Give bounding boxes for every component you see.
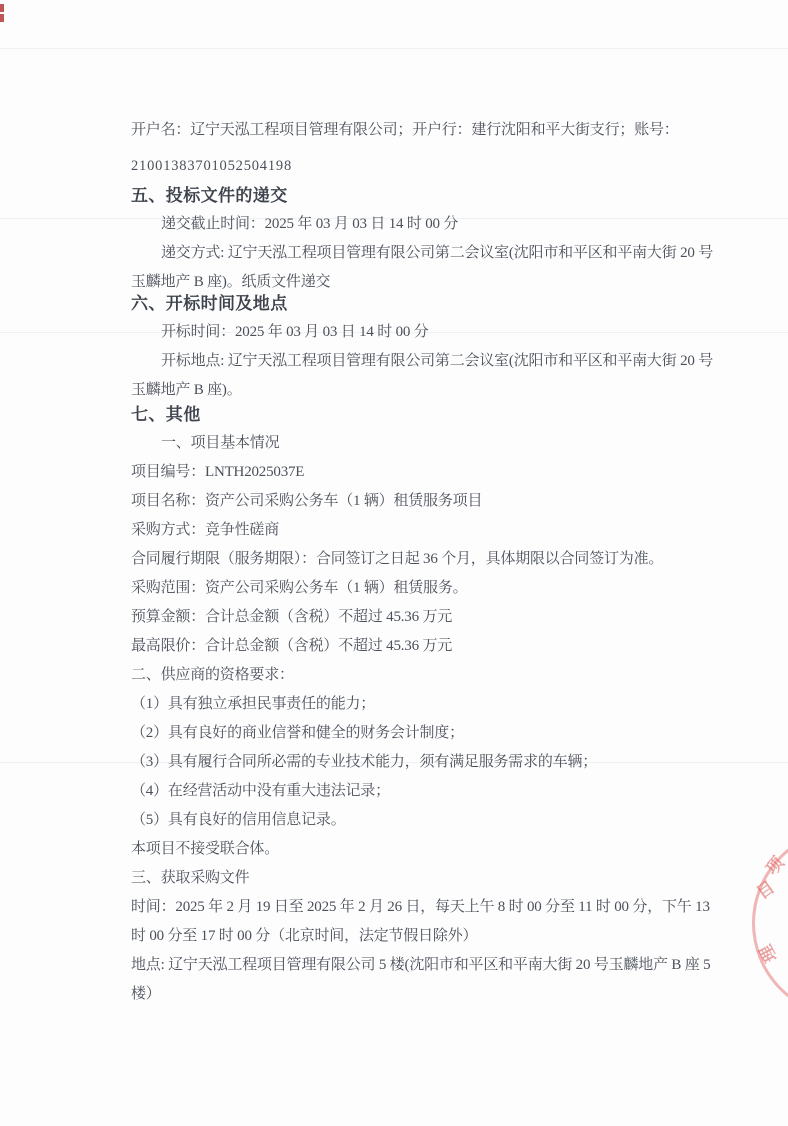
section-heading-opening: 六、开标时间及地点 xyxy=(131,289,671,318)
obtain-place-line2: 楼） xyxy=(131,980,671,1009)
qualification-item: （2）具有良好的商业信誉和健全的财务会计制度； xyxy=(131,719,671,748)
procurement-method: 采购方式：竞争性磋商 xyxy=(131,516,671,545)
contract-term: 合同履行期限（服务期限）：合同签订之日起 36 个月，具体期限以合同签订为准。 xyxy=(131,545,671,574)
red-edge-mark xyxy=(0,4,4,12)
red-edge-mark xyxy=(0,14,4,22)
qualification-item: （1）具有独立承担民事责任的能力； xyxy=(131,690,671,719)
project-number: 项目编号：LNTH2025037E xyxy=(131,458,671,487)
account-info-line: 开户名：辽宁天泓工程项目管理有限公司；开户行：建行沈阳和平大街支行；账号： xyxy=(131,116,671,145)
qualification-title: 二、供应商的资格要求： xyxy=(131,661,671,690)
submission-deadline: 递交截止时间：2025 年 03 月 03 日 14 时 00 分 xyxy=(131,210,671,239)
red-seal-stamp: 项 目 理 xyxy=(742,826,788,1014)
submission-method-line1: 递交方式: 辽宁天泓工程项目管理有限公司第二会议室(沈阳市和平区和平南大街 20… xyxy=(131,239,671,268)
qualification-item: （4）在经营活动中没有重大违法记录； xyxy=(131,777,671,806)
obtain-time-line2: 时 00 分至 17 时 00 分（北京时间，法定节假日除外） xyxy=(131,922,671,951)
budget-amount: 预算金额：合计总金额（含税）不超过 45.36 万元 xyxy=(131,603,671,632)
opening-place-line1: 开标地点: 辽宁天泓工程项目管理有限公司第二会议室(沈阳市和平区和平南大街 20… xyxy=(131,347,671,376)
basic-info-title: 一、项目基本情况 xyxy=(131,429,671,458)
procurement-scope: 采购范围：资产公司采购公务车（1 辆）租赁服务。 xyxy=(131,574,671,603)
scanned-document: { "doc": { "account": { "line1": "开户名：辽宁… xyxy=(0,0,788,1126)
price-cap: 最高限价：合计总金额（含税）不超过 45.36 万元 xyxy=(131,632,671,661)
scan-artifact-line xyxy=(0,48,788,49)
obtain-time-line1: 时间：2025 年 2 月 19 日至 2025 年 2 月 26 日，每天上午… xyxy=(131,893,671,922)
account-number: 21001383701052504198 xyxy=(131,152,671,181)
qualification-item: （5）具有良好的信用信息记录。 xyxy=(131,806,671,835)
opening-time: 开标时间：2025 年 03 月 03 日 14 时 00 分 xyxy=(131,318,671,347)
document-page: 开户名：辽宁天泓工程项目管理有限公司；开户行：建行沈阳和平大街支行；账号： 21… xyxy=(131,116,671,1009)
obtain-documents-title: 三、获取采购文件 xyxy=(131,864,671,893)
obtain-place-line1: 地点: 辽宁天泓工程项目管理有限公司 5 楼(沈阳市和平区和平南大街 20 号玉… xyxy=(131,951,671,980)
project-name: 项目名称：资产公司采购公务车（1 辆）租赁服务项目 xyxy=(131,487,671,516)
qualification-item: （3）具有履行合同所必需的专业技术能力，须有满足服务需求的车辆； xyxy=(131,748,671,777)
no-consortium-note: 本项目不接受联合体。 xyxy=(131,835,671,864)
section-heading-submission: 五、投标文件的递交 xyxy=(131,181,671,210)
